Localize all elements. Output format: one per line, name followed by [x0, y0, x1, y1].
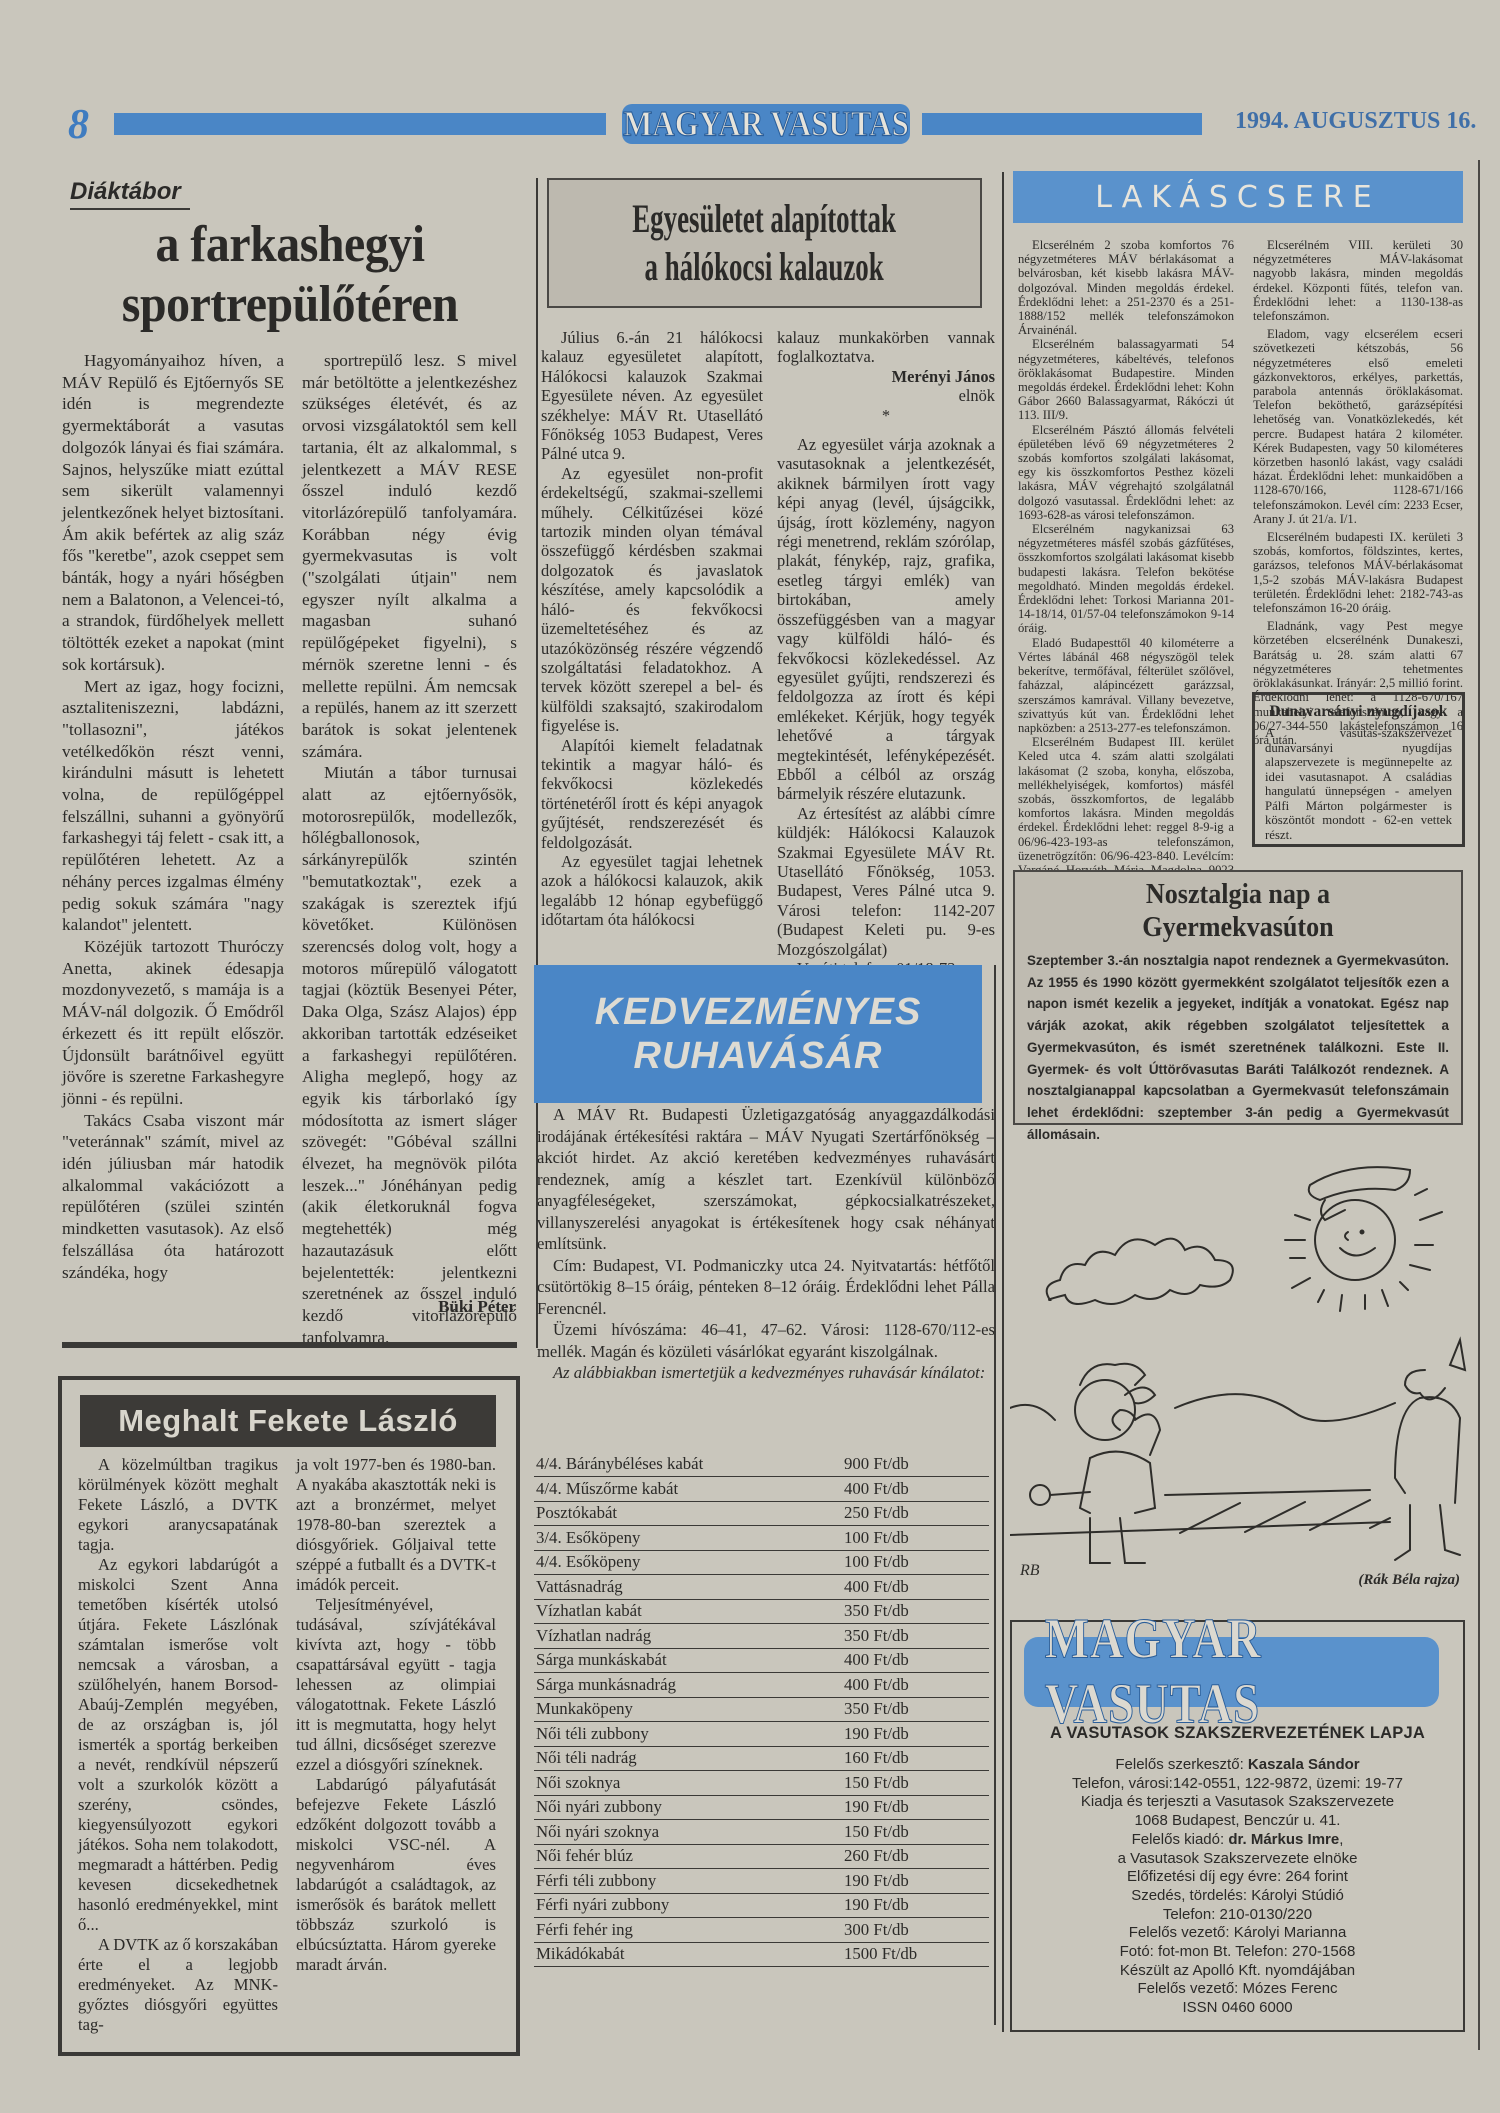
masthead-title: MAGYAR VASUTAS [623, 103, 909, 144]
article-kicker: Diáktábor [70, 178, 181, 206]
table-row: Vízhatlan kabát350 Ft/db [534, 1599, 989, 1624]
item-price: 350 Ft/db [844, 1599, 989, 1624]
table-row: Férfi nyári zubbony190 Ft/db [534, 1893, 989, 1918]
table-row: Sárga munkásnadrág400 Ft/db [534, 1673, 989, 1698]
item-name: Férfi téli zubbony [534, 1869, 844, 1894]
item-name: Női nyári szoknya [534, 1820, 844, 1845]
table-row: Férfi fehér ing300 Ft/db [534, 1918, 989, 1943]
item-name: Sárga munkásnadrág [534, 1673, 844, 1698]
item-name: Férfi fehér ing [534, 1918, 844, 1943]
sale-article-text: A MÁV Rt. Budapesti Üzletigazgatóság any… [537, 1104, 995, 1384]
publisher-name: dr. Márkus Imre [1228, 1831, 1339, 1848]
item-price: 100 Ft/db [844, 1526, 989, 1551]
nostalgia-text: Szeptember 3.-án nosztalgia napot rendez… [1027, 950, 1449, 1145]
item-price: 260 Ft/db [844, 1844, 989, 1869]
masthead-logo: MAGYAR VASUTAS [622, 104, 910, 144]
colophon-details: Felelős szerkesztő: Kaszala Sándor Telef… [1014, 1756, 1461, 2018]
item-price: 190 Ft/db [844, 1893, 989, 1918]
table-row: Munkaköpeny350 Ft/db [534, 1697, 989, 1722]
price-table: 4/4. Báránybéléses kabát900 Ft/db4/4. Mű… [534, 1452, 989, 1967]
table-row: Posztókabát250 Ft/db [534, 1501, 989, 1526]
sun-with-cap-icon [1285, 1167, 1442, 1311]
pensioners-notice-box: Dunavarsányi nyugdíjasok A vasutas-szaks… [1252, 692, 1465, 847]
item-name: Posztókabát [534, 1501, 844, 1526]
item-name: Mikádókabát [534, 1942, 844, 1967]
colophon-logo: MAGYAR VASUTAS [1024, 1637, 1439, 1707]
classified-ad: Elcserélném VIII. kerületi 30 négyzetmét… [1253, 238, 1463, 323]
signature-role: elnök [777, 386, 995, 405]
item-name: 4/4. Báránybéléses kabát [534, 1452, 844, 1477]
stationmaster-figure [1395, 1340, 1465, 1560]
article-headline: a farkashegyi sportrepülőtéren [78, 215, 501, 335]
item-name: Női nyári zubbony [534, 1795, 844, 1820]
classified-ad: Elcserélném budapesti IX. kerületi 3 szo… [1253, 530, 1463, 615]
classified-ad: Elcserélném 2 szoba komfortos 76 négyzet… [1018, 238, 1234, 337]
item-name: 4/4. Esőköpeny [534, 1550, 844, 1575]
article-column: A közelmúltban tragikus körülmények közö… [78, 1455, 278, 2035]
nostalgia-title: Nosztalgia nap a Gyermekvasúton [1048, 878, 1428, 944]
page-number: 8 [68, 104, 89, 146]
item-price: 300 Ft/db [844, 1918, 989, 1943]
nostalgia-box: Nosztalgia nap a Gyermekvasúton Szeptemb… [1013, 870, 1463, 1125]
obituary-title: Meghalt Fekete László [80, 1395, 496, 1447]
item-price: 100 Ft/db [844, 1550, 989, 1575]
sale-banner: KEDVEZMÉNYES RUHAVÁSÁR [534, 965, 982, 1103]
table-row: 4/4. Báránybéléses kabát900 Ft/db [534, 1452, 989, 1477]
section-divider [62, 1342, 517, 1348]
item-price: 1500 Ft/db [844, 1942, 989, 1967]
table-row: Női téli nadrág160 Ft/db [534, 1746, 989, 1771]
item-price: 150 Ft/db [844, 1771, 989, 1796]
item-name: Vízhatlan kabát [534, 1599, 844, 1624]
table-row: Női téli zubbony190 Ft/db [534, 1722, 989, 1747]
classified-ad: Elcserélném nagykanizsai 63 négyzetméter… [1018, 522, 1234, 636]
table-row: Férfi téli zubbony190 Ft/db [534, 1869, 989, 1894]
item-name: Sárga munkáskabát [534, 1648, 844, 1673]
item-name: Vattásnadrág [534, 1575, 844, 1600]
classifieds-column: Elcserélném VIII. kerületi 30 négyzetmét… [1253, 238, 1463, 747]
article-column: Július 6.-án 21 hálókocsi kalauz egyesül… [541, 328, 763, 930]
table-row: 4/4. Esőköpeny100 Ft/db [534, 1550, 989, 1575]
item-name: Női szoknya [534, 1771, 844, 1796]
classified-ad: Eladom, vagy elcserélem ecseri szövetkez… [1253, 327, 1463, 526]
editor-name: Kaszala Sándor [1248, 1756, 1360, 1773]
item-name: Női téli zubbony [534, 1722, 844, 1747]
article-column: ja volt 1977-ben és 1980-ban. A nyakába … [296, 1455, 496, 1975]
item-name: Vízhatlan nadrág [534, 1624, 844, 1649]
item-name: 3/4. Esőköpeny [534, 1526, 844, 1551]
item-price: 900 Ft/db [844, 1452, 989, 1477]
cartoon-illustration: RB [1010, 1140, 1470, 1580]
table-row: Női nyári zubbony190 Ft/db [534, 1795, 989, 1820]
article-headline-box: Egyesületet alapítottak a hálókocsi kala… [547, 178, 982, 308]
table-row: Mikádókabát1500 Ft/db [534, 1942, 989, 1967]
item-price: 400 Ft/db [844, 1575, 989, 1600]
item-price: 190 Ft/db [844, 1795, 989, 1820]
column-divider [994, 965, 996, 2025]
item-price: 190 Ft/db [844, 1869, 989, 1894]
colophon-subtitle: A VASUTASOK SZAKSZERVEZETÉNEK LAPJA [1014, 1724, 1461, 1743]
item-price: 150 Ft/db [844, 1820, 989, 1845]
article-column: sportrepülő lesz. S mivel már betöltötte… [302, 350, 517, 1348]
table-row: Vízhatlan nadrág350 Ft/db [534, 1624, 989, 1649]
item-name: Női fehér blúz [534, 1844, 844, 1869]
table-row: Sárga munkáskabát400 Ft/db [534, 1648, 989, 1673]
item-price: 400 Ft/db [844, 1477, 989, 1502]
separator-asterisk: * [777, 406, 995, 425]
article-headline: Egyesületet alapítottak a hálókocsi kala… [604, 195, 926, 291]
page-edge-rule [1478, 160, 1480, 2050]
classified-ad: Eladó Budapesttől 40 kilométerre a Vérte… [1018, 636, 1234, 735]
item-name: Munkaköpeny [534, 1697, 844, 1722]
notice-title: Dunavarsányi nyugdíjasok [1265, 703, 1452, 721]
table-row: Női fehér blúz260 Ft/db [534, 1844, 989, 1869]
item-price: 160 Ft/db [844, 1746, 989, 1771]
article-byline: Büki Péter [360, 1297, 516, 1317]
table-row: Női nyári szoknya150 Ft/db [534, 1820, 989, 1845]
table-row: Vattásnadrág400 Ft/db [534, 1575, 989, 1600]
item-name: Férfi nyári zubbony [534, 1893, 844, 1918]
cloud-icon [1047, 1239, 1233, 1304]
item-price: 400 Ft/db [844, 1648, 989, 1673]
column-divider [1002, 172, 1004, 2032]
table-row: 3/4. Esőköpeny100 Ft/db [534, 1526, 989, 1551]
classifieds-column: Elcserélném 2 szoba komfortos 76 négyzet… [1018, 238, 1234, 891]
classified-ad: Elcserélném Budapest III. kerület Keled … [1018, 735, 1234, 891]
item-price: 400 Ft/db [844, 1673, 989, 1698]
table-row: Női szoknya150 Ft/db [534, 1771, 989, 1796]
item-price: 190 Ft/db [844, 1722, 989, 1747]
signature-name: Merényi János [777, 367, 995, 386]
cartoon-caption: (Rák Béla rajza) [1290, 1572, 1460, 1589]
article-column: kalauz munkakörben vannak foglalkoztatva… [777, 328, 995, 978]
notice-text: A vasutas-szakszervezet dunavarsányi nyu… [1265, 726, 1452, 842]
item-price: 250 Ft/db [844, 1501, 989, 1526]
issue-date: 1994. AUGUSZTUS 16. [1235, 108, 1476, 135]
item-name: Női téli nadrág [534, 1746, 844, 1771]
masthead-bar-right [922, 113, 1202, 135]
classified-ad: Elcserélném Pásztó állomás felvételi épü… [1018, 423, 1234, 522]
classifieds-banner: LAKÁSCSERE [1013, 171, 1463, 223]
item-price: 350 Ft/db [844, 1624, 989, 1649]
item-price: 350 Ft/db [844, 1697, 989, 1722]
cartoon-signature: RB [1019, 1562, 1040, 1579]
masthead-bar-left [114, 113, 606, 135]
article-column: Hagyományaihoz híven, a MÁV Repülő és Ej… [62, 350, 284, 1283]
item-name: 4/4. Műszőrme kabát [534, 1477, 844, 1502]
classified-ad: Elcserélném balassagyarmati 54 négyzetmé… [1018, 337, 1234, 422]
table-row: 4/4. Műszőrme kabát400 Ft/db [534, 1477, 989, 1502]
kicker-underline [70, 208, 190, 210]
